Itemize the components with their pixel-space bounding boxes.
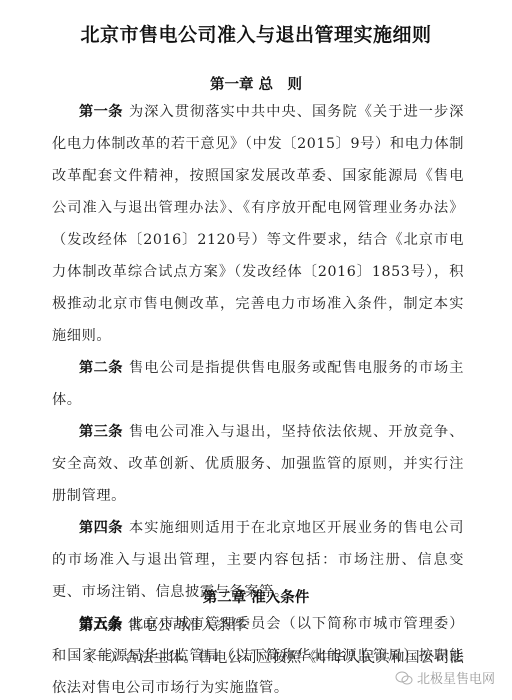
article-text: 售电公司准入条件 [128, 618, 246, 634]
article-6: 第六条售电公司准入条件 [52, 610, 464, 642]
page-number: 1 [0, 683, 512, 693]
chapter-heading-1: 第一章 总 则 [0, 73, 512, 94]
article-text: 为深入贯彻落实中共中央、国务院《关于进一步深化电力体制改革的若干意见》（中发〔2… [52, 104, 464, 344]
chapter-heading-2: 第二章 准入条件 [0, 586, 512, 607]
article-label: 第四条 [79, 520, 123, 536]
article-1: 第一条为深入贯彻落实中共中央、国务院《关于进一步深化电力体制改革的若干意见》（中… [52, 96, 464, 352]
article-2: 第二条售电公司是指提供售电服务或配售电服务的市场主体。 [52, 352, 464, 416]
article-label: 第六条 [79, 618, 122, 634]
article-3: 第三条售电公司准入与退出，坚持依法依规、开放竞争、安全高效、改革创新、优质服务、… [52, 416, 464, 512]
article-label: 第二条 [79, 360, 123, 376]
chapter-2-body: 第六条售电公司准入条件 （一）合法主体。售电公司应按照《中华人民共和国公司法》进 [52, 610, 464, 674]
article-label: 第一条 [79, 104, 123, 120]
document-title: 北京市售电公司准入与退出管理实施细则 [0, 20, 512, 47]
article-label: 第三条 [79, 424, 123, 440]
